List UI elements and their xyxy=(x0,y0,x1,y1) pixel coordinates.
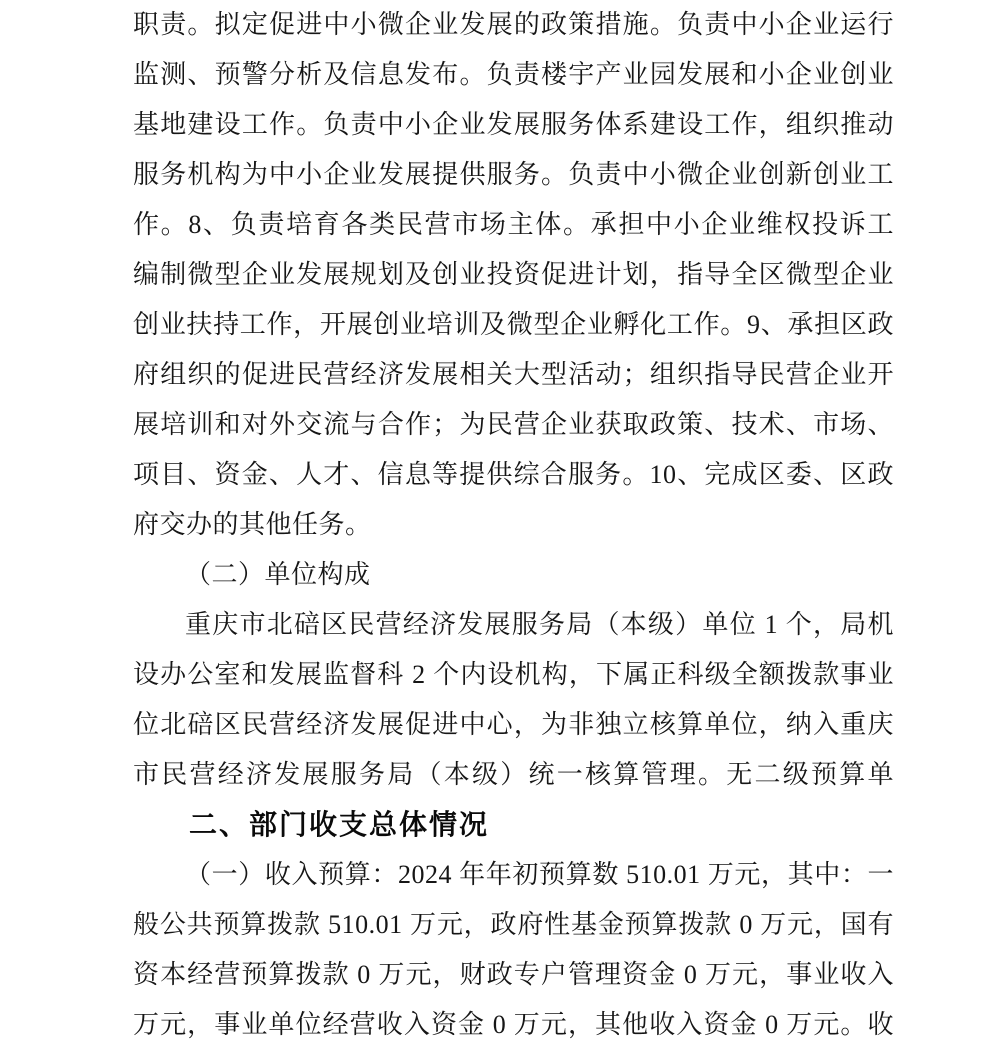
text-line: 展培训和对外交流与合作；为民营企业获取政策、技术、市场、 xyxy=(133,400,894,450)
text-line: 服务机构为中小企业发展提供服务。负责中小微企业创新创业工 xyxy=(133,150,894,200)
text-line: 基地建设工作。负责中小企业发展服务体系建设工作，组织推动 xyxy=(133,100,894,150)
text-line: 设办公室和发展监督科 2 个内设机构，下属正科级全额拨款事业单 xyxy=(133,650,894,700)
text-line: 位北碚区民营经济发展促进中心，为非独立核算单位，纳入重庆 xyxy=(133,700,894,750)
text-line: 监测、预警分析及信息发布。负责楼宇产业园发展和小企业创业 xyxy=(133,50,894,100)
text-line: （一）收入预算：2024 年年初预算数 510.01 万元，其中：一 xyxy=(133,850,894,900)
text-line: 职责。拟定促进中小微企业发展的政策措施。负责中小企业运行 xyxy=(133,0,894,50)
text-line: 重庆市北碚区民营经济发展服务局（本级）单位 1 个，局机关 xyxy=(133,600,894,650)
text-line: 项目、资金、人才、信息等提供综合服务。10、完成区委、区政 xyxy=(133,450,894,500)
text-line: 市民营经济发展服务局（本级）统一核算管理。无二级预算单位。 xyxy=(133,750,894,800)
text-line: 万元，事业单位经营收入资金 0 万元，其他收入资金 0 万元。收入 xyxy=(133,1000,894,1043)
section-heading-budget-overview: 二、部门收支总体情况 xyxy=(133,800,894,850)
document-text-block: 职责。拟定促进中小微企业发展的政策措施。负责中小企业运行监测、预警分析及信息发布… xyxy=(0,0,1000,1043)
text-line: 创业扶持工作，开展创业培训及微型企业孵化工作。9、承担区政 xyxy=(133,300,894,350)
text-line: 般公共预算拨款 510.01 万元，政府性基金预算拨款 0 万元，国有 xyxy=(133,900,894,950)
subsection-heading-unit-composition: （二）单位构成 xyxy=(133,550,894,600)
text-line: 府交办的其他任务。 xyxy=(133,500,894,550)
text-line: 资本经营预算拨款 0 万元，财政专户管理资金 0 万元，事业收入 0 xyxy=(133,950,894,1000)
text-line: 府组织的促进民营经济发展相关大型活动；组织指导民营企业开 xyxy=(133,350,894,400)
text-line: 作。8、负责培育各类民营市场主体。承担中小企业维权投诉工作。 xyxy=(133,200,894,250)
document-page: 职责。拟定促进中小微企业发展的政策措施。负责中小企业运行监测、预警分析及信息发布… xyxy=(0,0,1000,1043)
text-line: 编制微型企业发展规划及创业投资促进计划，指导全区微型企业 xyxy=(133,250,894,300)
